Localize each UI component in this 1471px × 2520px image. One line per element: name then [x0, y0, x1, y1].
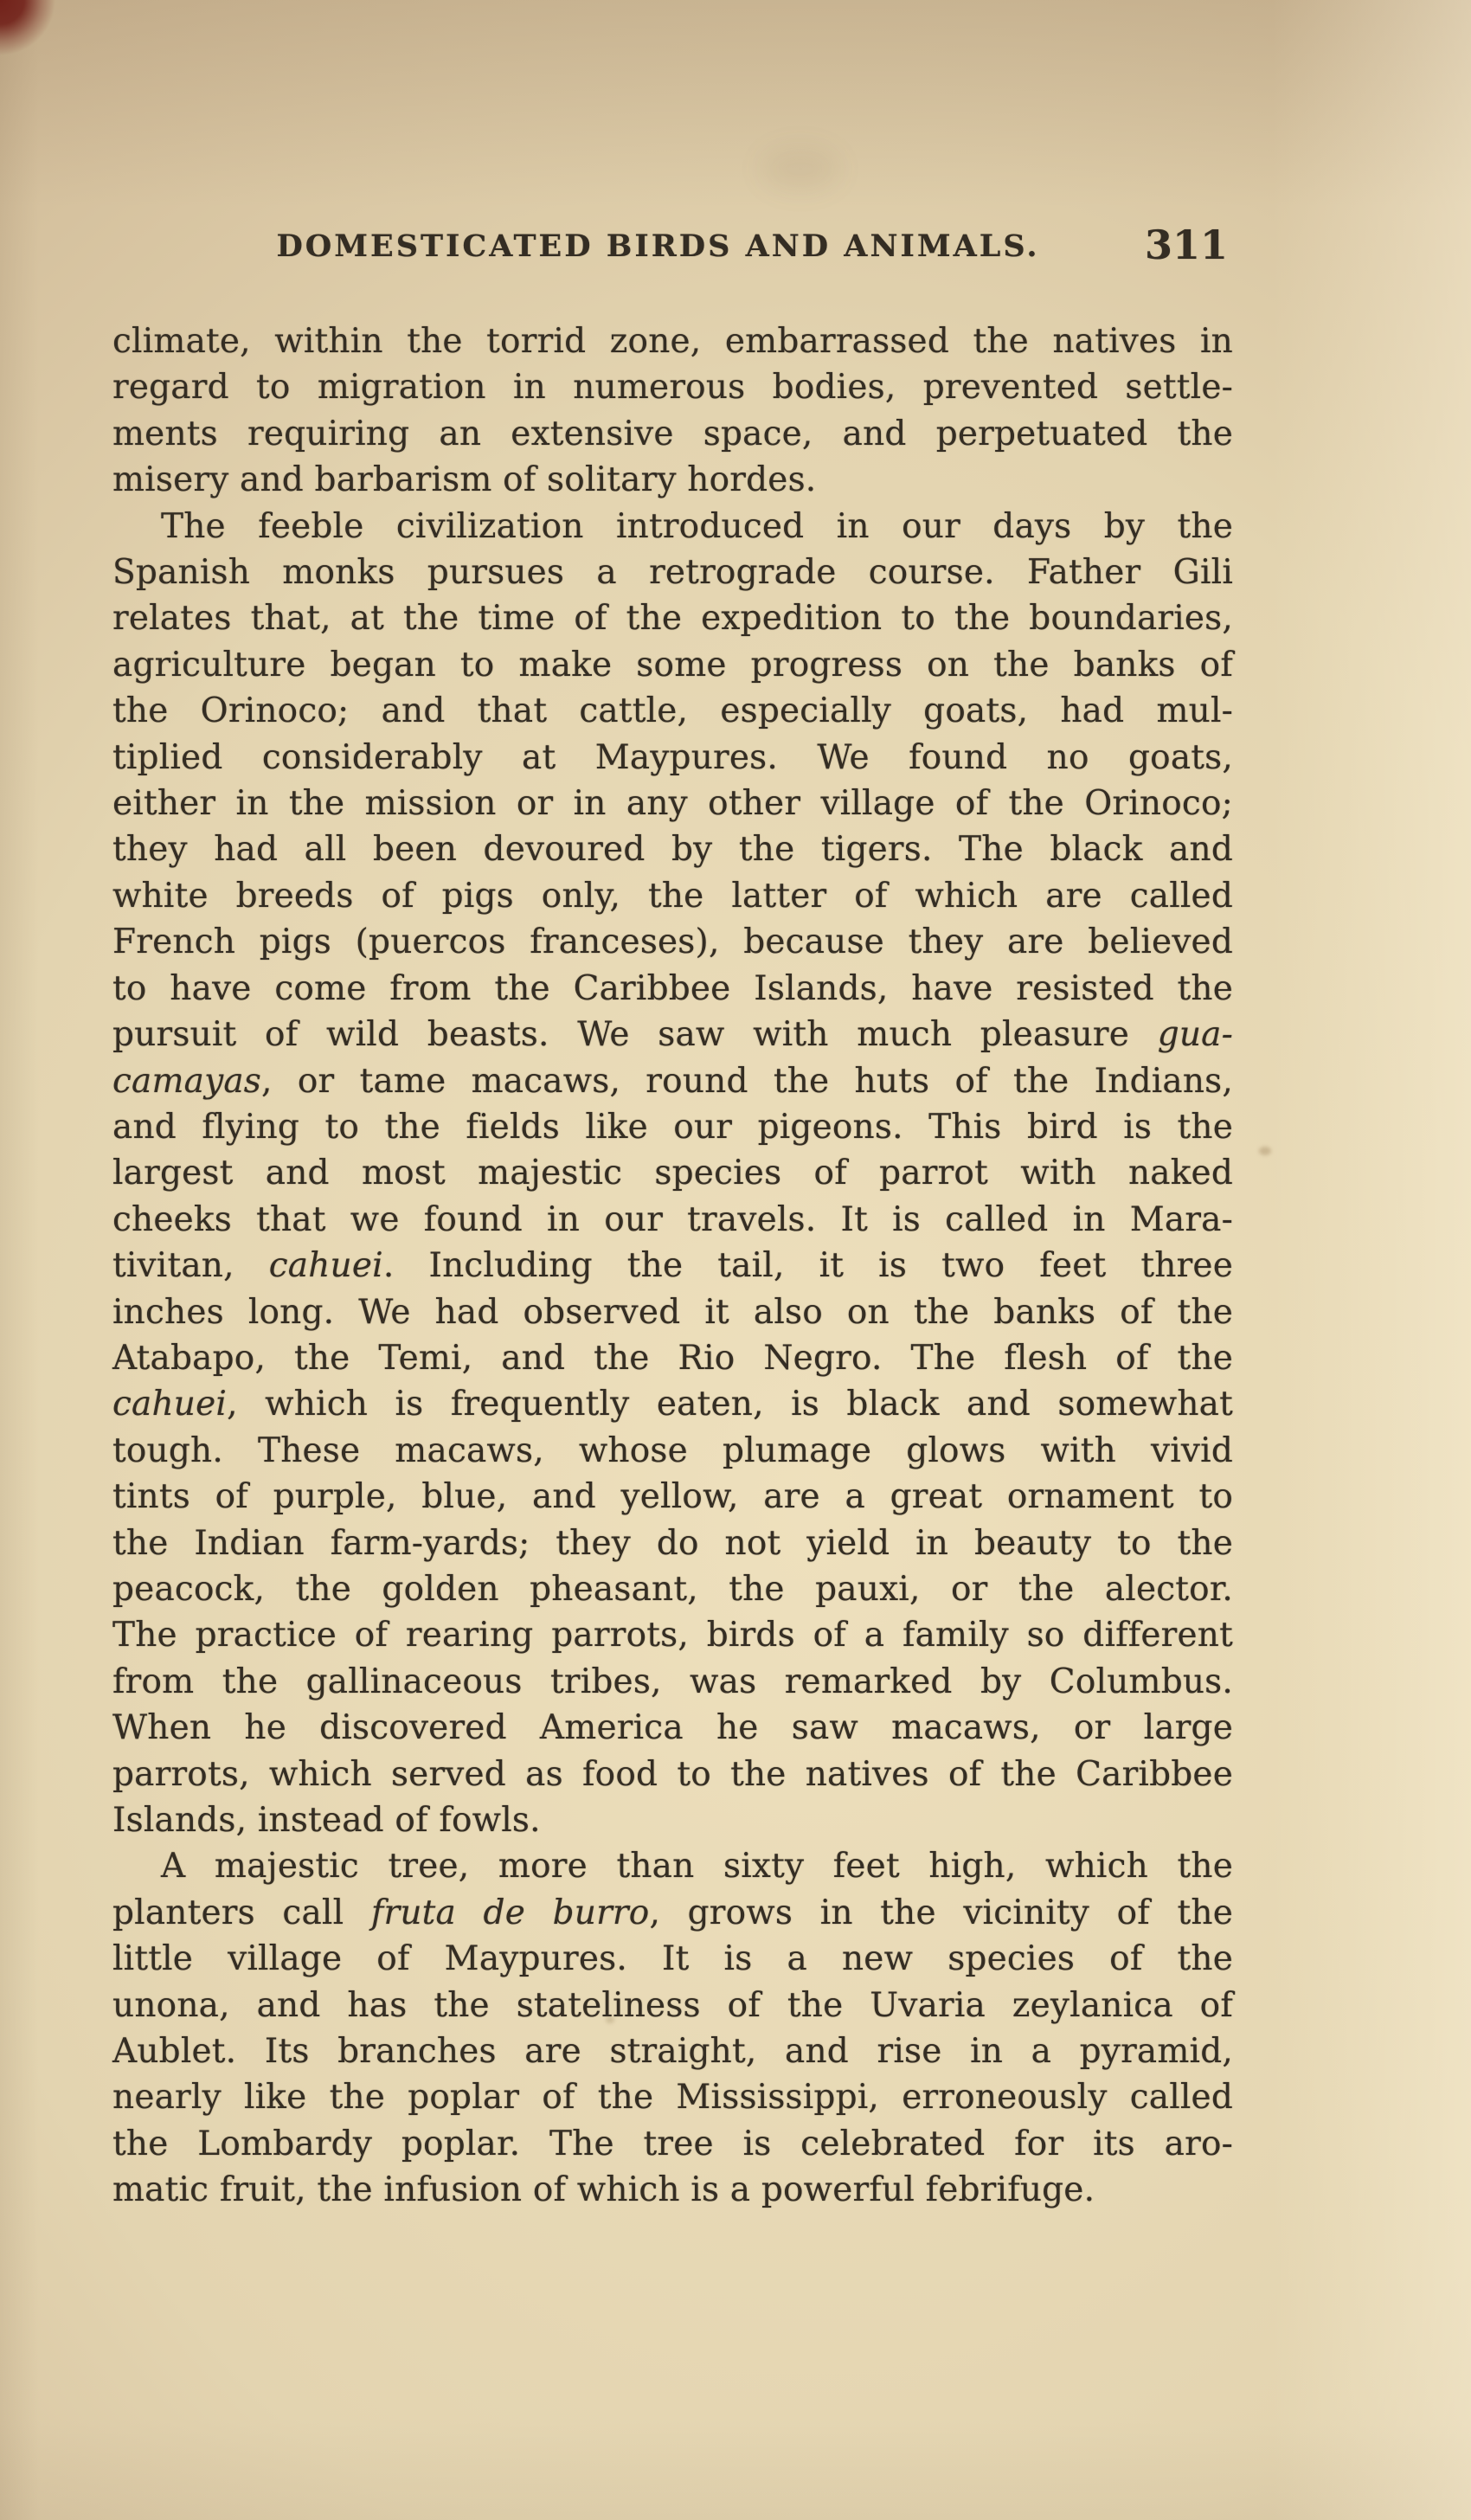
text-line: pursuit of wild beasts. We saw with much… — [112, 1012, 1233, 1057]
text-line: misery and barbarism of solitary hordes. — [112, 457, 1233, 503]
text-line: from the gallinaceous tribes, was remark… — [112, 1659, 1233, 1705]
text-line: the Indian farm-yards; they do not yield… — [112, 1520, 1233, 1566]
paper-blemish — [1259, 1147, 1271, 1155]
text-line: tivitan, cahuei. Including the tail, it … — [112, 1243, 1233, 1289]
text-line: relates that, at the time of the expedit… — [112, 595, 1233, 641]
text-line: Spanish monks pursues a retrograde cours… — [112, 550, 1233, 595]
page-header: DOMESTICATED BIRDS AND ANIMALS. 311 — [112, 222, 1233, 273]
paper-blemish — [761, 147, 839, 190]
text-line: regard to migration in numerous bodies, … — [112, 364, 1233, 410]
scanned-book-page: DOMESTICATED BIRDS AND ANIMALS. 311 clim… — [0, 0, 1471, 2520]
text-line: The practice of rearing parrots, birds o… — [112, 1612, 1233, 1658]
text-line: nearly like the poplar of the Mississipp… — [112, 2074, 1233, 2120]
text-line: When he discovered America he saw macaws… — [112, 1705, 1233, 1751]
page-number: 311 — [1145, 222, 1228, 268]
text-line: tints of purple, blue, and yellow, are a… — [112, 1474, 1233, 1520]
text-line: peacock, the golden pheasant, the pauxi,… — [112, 1566, 1233, 1612]
page-body: climate, within the torrid zone, embarra… — [112, 318, 1233, 2214]
text-line: matic fruit, the infusion of which is a … — [112, 2167, 1233, 2213]
text-line: ments requiring an extensive space, and … — [112, 411, 1233, 457]
text-line: planters call fruta de burro, grows in t… — [112, 1890, 1233, 1936]
text-line: they had all been devoured by the tigers… — [112, 826, 1233, 872]
text-line: climate, within the torrid zone, embarra… — [112, 318, 1233, 364]
text-line: The feeble civilization introduced in ou… — [112, 504, 1233, 550]
text-line: to have come from the Caribbee Islands, … — [112, 966, 1233, 1012]
text-line: A majestic tree, more than sixty feet hi… — [112, 1843, 1233, 1889]
text-line: cheeks that we found in our travels. It … — [112, 1197, 1233, 1243]
text-line: Atabapo, the Temi, and the Rio Negro. Th… — [112, 1335, 1233, 1381]
text-line: inches long. We had observed it also on … — [112, 1289, 1233, 1335]
text-line: French pigs (puercos franceses), because… — [112, 919, 1233, 965]
text-line: and flying to the fields like our pigeon… — [112, 1104, 1233, 1150]
text-line: Islands, instead of fowls. — [112, 1797, 1233, 1843]
running-title: DOMESTICATED BIRDS AND ANIMALS. — [112, 228, 1204, 264]
book-cover-corner-mark — [0, 0, 104, 104]
text-line: parrots, which served as food to the nat… — [112, 1752, 1233, 1797]
text-line: camayas, or tame macaws, round the huts … — [112, 1058, 1233, 1104]
text-line: tiplied considerably at Maypures. We fou… — [112, 735, 1233, 781]
text-line: tough. These macaws, whose plumage glows… — [112, 1428, 1233, 1474]
text-line: largest and most majestic species of par… — [112, 1150, 1233, 1196]
text-line: little village of Maypures. It is a new … — [112, 1936, 1233, 1982]
text-line: the Orinoco; and that cattle, especially… — [112, 688, 1233, 734]
text-line: unona, and has the stateliness of the Uv… — [112, 1983, 1233, 2028]
text-line: Aublet. Its branches are straight, and r… — [112, 2028, 1233, 2074]
text-line: cahuei, which is frequently eaten, is bl… — [112, 1381, 1233, 1427]
text-line: agriculture began to make some progress … — [112, 642, 1233, 688]
text-line: the Lombardy poplar. The tree is celebra… — [112, 2121, 1233, 2167]
text-line: white breeds of pigs only, the latter of… — [112, 873, 1233, 919]
text-line: either in the mission or in any other vi… — [112, 781, 1233, 826]
